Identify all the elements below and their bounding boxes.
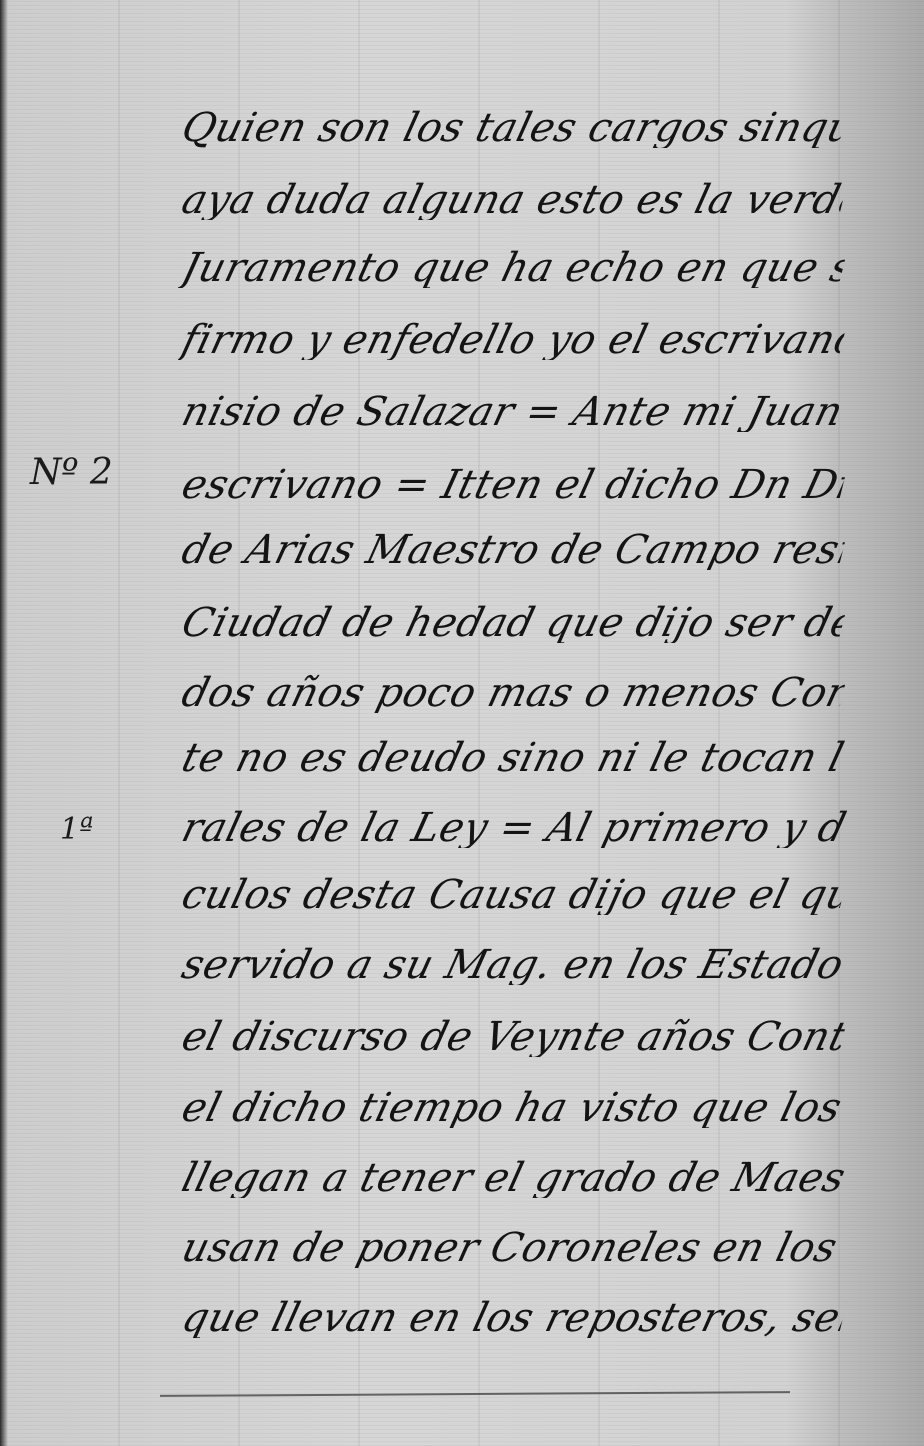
manuscript-line: Quien son los tales cargos sinque en est…	[178, 108, 848, 148]
manuscript-line: dos años poco mas o menos Conoze al pres…	[178, 673, 848, 713]
manuscript-line: nisio de Salazar = Ante mi Juan Sanchez	[178, 392, 848, 432]
manuscript-page: Nº 2 1ª Quien son los tales cargos sinqu…	[0, 0, 924, 1446]
manuscript-line: Juramento que ha echo en que se afirmo y	[178, 248, 848, 288]
manuscript-line: aya duda alguna esto es la verdad por el	[178, 180, 848, 220]
manuscript-line: llegan a tener el grado de Maestros de C…	[178, 1158, 848, 1198]
manuscript-line: firmo y enfedello yo el escrivano = Dn D…	[178, 320, 848, 360]
margin-note-number: Nº 2	[30, 452, 113, 493]
manuscript-line: de Arias Maestro de Campo residente en e…	[178, 530, 848, 570]
manuscript-line: usan de poner Coroneles en los escudos d…	[178, 1228, 848, 1268]
manuscript-line: rales de la Ley = Al primero y demas art…	[178, 808, 848, 848]
manuscript-line: el discurso de Veynte años Continuos y e…	[178, 1017, 848, 1057]
closing-rule	[160, 1391, 790, 1397]
manuscript-line: el dicho tiempo ha visto que los militar…	[178, 1088, 848, 1128]
manuscript-line: Ciudad de hedad que dijo ser de quarenta…	[178, 603, 848, 643]
manuscript-line: que llevan en los reposteros, sellos, Co…	[178, 1298, 848, 1338]
manuscript-line: culos desta Causa dijo que el que depone…	[178, 875, 848, 915]
manuscript-line: servido a su Mag. en los Estados de Flan…	[178, 945, 848, 985]
margin-note-item: 1ª	[60, 812, 93, 847]
manuscript-line: te no es deudo sino ni le tocan las dema…	[178, 738, 848, 778]
manuscript-line: escrivano = Itten el dicho Dn Diego Luis	[178, 465, 848, 505]
